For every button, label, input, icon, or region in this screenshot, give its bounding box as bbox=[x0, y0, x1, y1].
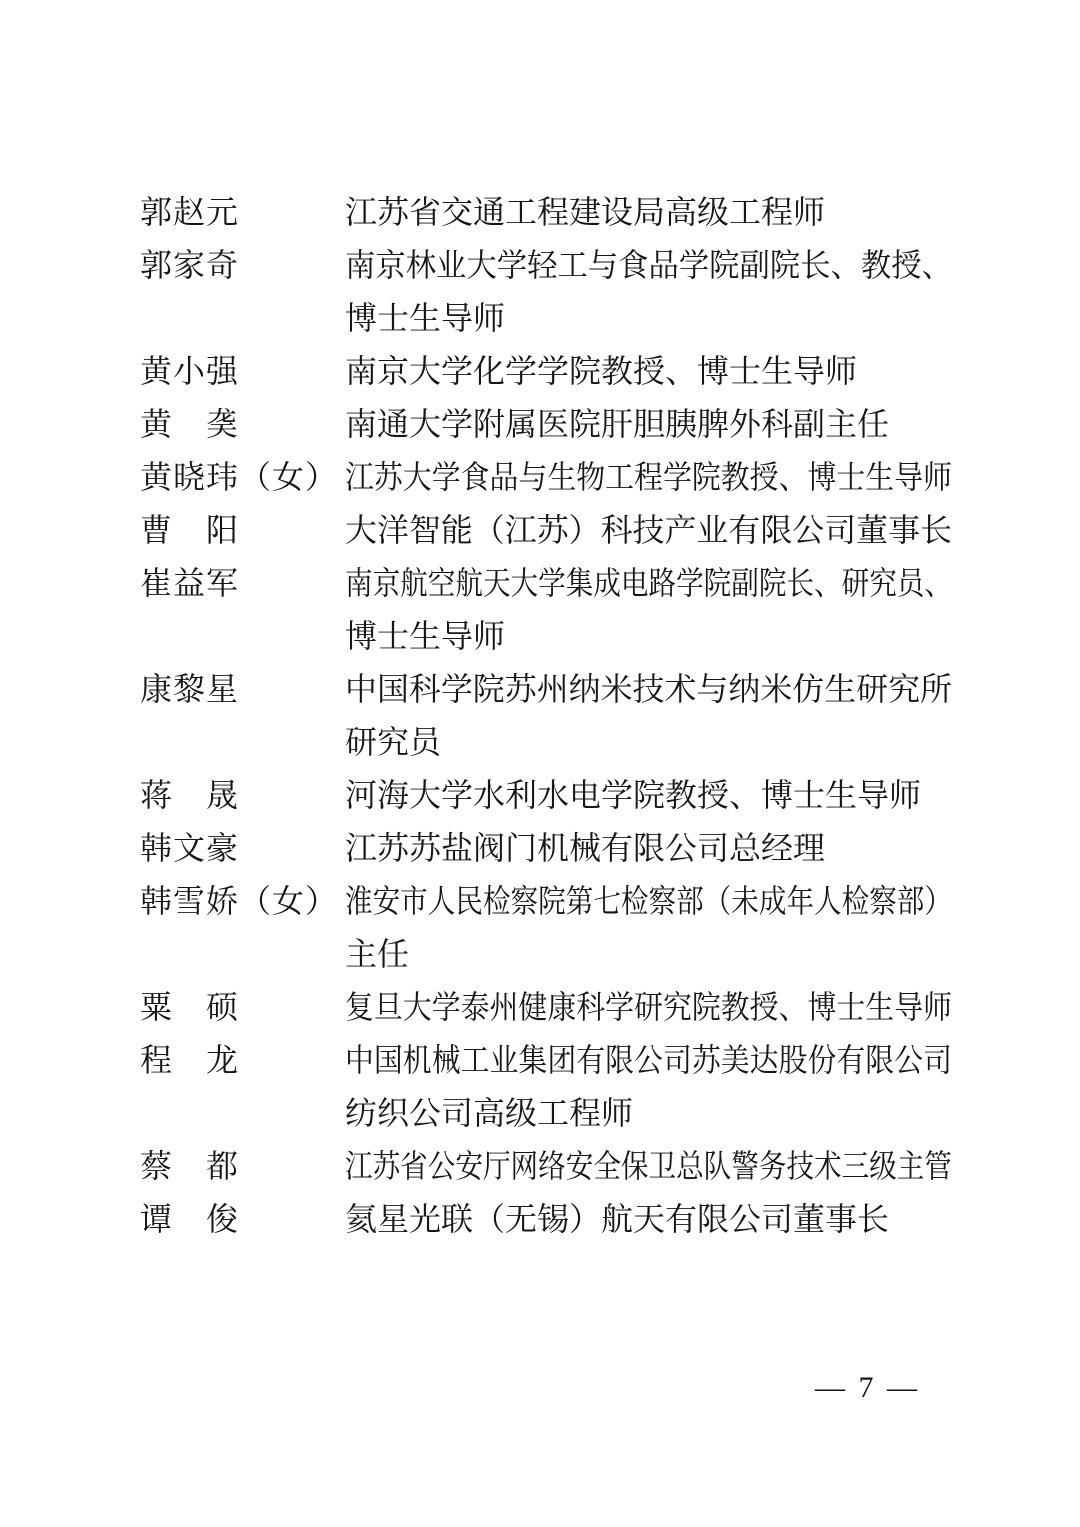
person-title: 河海大学水利水电学院教授、博士生导师 bbox=[345, 769, 952, 822]
person-title-line: 南通大学附属医院肝胆胰脾外科副主任 bbox=[345, 398, 952, 451]
person-title: 南通大学附属医院肝胆胰脾外科副主任 bbox=[345, 398, 952, 451]
list-item: 崔益军 南京航空航天大学集成电路学院副院长、研究员、博士生导师 bbox=[140, 557, 952, 663]
person-name: 康黎星 bbox=[140, 663, 345, 716]
person-name: 程 龙 bbox=[140, 1034, 345, 1087]
person-title: 中国科学院苏州纳米技术与纳米仿生研究所研究员 bbox=[345, 663, 952, 769]
person-title-line: 江苏大学食品与生物工程学院教授、博士生导师 bbox=[345, 451, 893, 504]
list-item: 蔡 都 江苏省公安厅网络安全保卫总队警务技术三级主管 bbox=[140, 1140, 952, 1193]
person-name: 黄 䶮 bbox=[140, 398, 345, 451]
person-title-line: 纺织公司高级工程师 bbox=[345, 1087, 952, 1140]
person-title-line: 博士生导师 bbox=[345, 292, 952, 345]
person-name: 黄小强 bbox=[140, 345, 345, 398]
document-page: 郭赵元 江苏省交通工程建设局高级工程师 郭家奇 南京林业大学轻工与食品学院副院长… bbox=[0, 0, 1080, 1527]
person-title-line: 江苏苏盐阀门机械有限公司总经理 bbox=[345, 822, 952, 875]
list-item: 曹 阳 大洋智能（江苏）科技产业有限公司董事长 bbox=[140, 504, 952, 557]
person-title: 江苏苏盐阀门机械有限公司总经理 bbox=[345, 822, 952, 875]
person-title-line: 大洋智能（江苏）科技产业有限公司董事长 bbox=[345, 504, 951, 557]
person-title-line: 主任 bbox=[345, 928, 952, 981]
list-item: 康黎星 中国科学院苏州纳米技术与纳米仿生研究所研究员 bbox=[140, 663, 952, 769]
person-title: 复旦大学泰州健康科学研究院教授、博士生导师 bbox=[345, 981, 952, 1034]
person-name: 谭 俊 bbox=[140, 1193, 345, 1246]
person-name: 郭赵元 bbox=[140, 186, 345, 239]
person-name: 曹 阳 bbox=[140, 504, 345, 557]
person-title: 南京林业大学轻工与食品学院副院长、教授、博士生导师 bbox=[345, 239, 952, 345]
person-name: 韩雪娇（女） bbox=[140, 875, 345, 928]
person-title-line: 南京林业大学轻工与食品学院副院长、教授、 bbox=[345, 239, 921, 292]
list-item: 郭赵元 江苏省交通工程建设局高级工程师 bbox=[140, 186, 952, 239]
person-title: 大洋智能（江苏）科技产业有限公司董事长 bbox=[345, 504, 952, 557]
person-title-line: 研究员 bbox=[345, 716, 952, 769]
person-title: 氦星光联（无锡）航天有限公司董事长 bbox=[345, 1193, 952, 1246]
list-item: 韩文豪 江苏苏盐阀门机械有限公司总经理 bbox=[140, 822, 952, 875]
person-name: 郭家奇 bbox=[140, 239, 345, 292]
person-title-line: 淮安市人民检察院第七检察部（未成年人检察部） bbox=[345, 875, 868, 928]
page-number: — 7 — bbox=[815, 1366, 920, 1410]
person-name: 蒋 晟 bbox=[140, 769, 345, 822]
person-title-line: 河海大学水利水电学院教授、博士生导师 bbox=[345, 769, 952, 822]
person-title-line: 江苏省公安厅网络安全保卫总队警务技术三级主管 bbox=[345, 1140, 868, 1193]
list-item: 郭家奇 南京林业大学轻工与食品学院副院长、教授、博士生导师 bbox=[140, 239, 952, 345]
list-item: 黄晓玮（女） 江苏大学食品与生物工程学院教授、博士生导师 bbox=[140, 451, 952, 504]
person-title-line: 中国科学院苏州纳米技术与纳米仿生研究所 bbox=[345, 663, 951, 716]
person-title-line: 南京航空航天大学集成电路学院副院长、研究员、 bbox=[345, 557, 868, 610]
person-title: 江苏省交通工程建设局高级工程师 bbox=[345, 186, 952, 239]
list-item: 蒋 晟 河海大学水利水电学院教授、博士生导师 bbox=[140, 769, 952, 822]
list-item: 韩雪娇（女） 淮安市人民检察院第七检察部（未成年人检察部）主任 bbox=[140, 875, 952, 981]
person-title: 江苏大学食品与生物工程学院教授、博士生导师 bbox=[345, 451, 952, 504]
person-title: 淮安市人民检察院第七检察部（未成年人检察部）主任 bbox=[345, 875, 952, 981]
recipient-list: 郭赵元 江苏省交通工程建设局高级工程师 郭家奇 南京林业大学轻工与食品学院副院长… bbox=[140, 186, 952, 1246]
person-name: 韩文豪 bbox=[140, 822, 345, 875]
list-item: 谭 俊 氦星光联（无锡）航天有限公司董事长 bbox=[140, 1193, 952, 1246]
list-item: 程 龙 中国机械工业集团有限公司苏美达股份有限公司纺织公司高级工程师 bbox=[140, 1034, 952, 1140]
person-title: 南京航空航天大学集成电路学院副院长、研究员、博士生导师 bbox=[345, 557, 952, 663]
person-name: 崔益军 bbox=[140, 557, 345, 610]
person-title-line: 中国机械工业集团有限公司苏美达股份有限公司 bbox=[345, 1034, 893, 1087]
list-item: 黄小强 南京大学化学学院教授、博士生导师 bbox=[140, 345, 952, 398]
person-title: 江苏省公安厅网络安全保卫总队警务技术三级主管 bbox=[345, 1140, 952, 1193]
person-title-line: 博士生导师 bbox=[345, 610, 952, 663]
person-title: 南京大学化学学院教授、博士生导师 bbox=[345, 345, 952, 398]
person-title-line: 江苏省交通工程建设局高级工程师 bbox=[345, 186, 952, 239]
person-name: 黄晓玮（女） bbox=[140, 451, 345, 504]
person-title-line: 复旦大学泰州健康科学研究院教授、博士生导师 bbox=[345, 981, 893, 1034]
person-title-line: 氦星光联（无锡）航天有限公司董事长 bbox=[345, 1193, 952, 1246]
person-name: 蔡 都 bbox=[140, 1140, 345, 1193]
person-title-line: 南京大学化学学院教授、博士生导师 bbox=[345, 345, 952, 398]
list-item: 黄 䶮 南通大学附属医院肝胆胰脾外科副主任 bbox=[140, 398, 952, 451]
person-title: 中国机械工业集团有限公司苏美达股份有限公司纺织公司高级工程师 bbox=[345, 1034, 952, 1140]
list-item: 粟 硕 复旦大学泰州健康科学研究院教授、博士生导师 bbox=[140, 981, 952, 1034]
person-name: 粟 硕 bbox=[140, 981, 345, 1034]
